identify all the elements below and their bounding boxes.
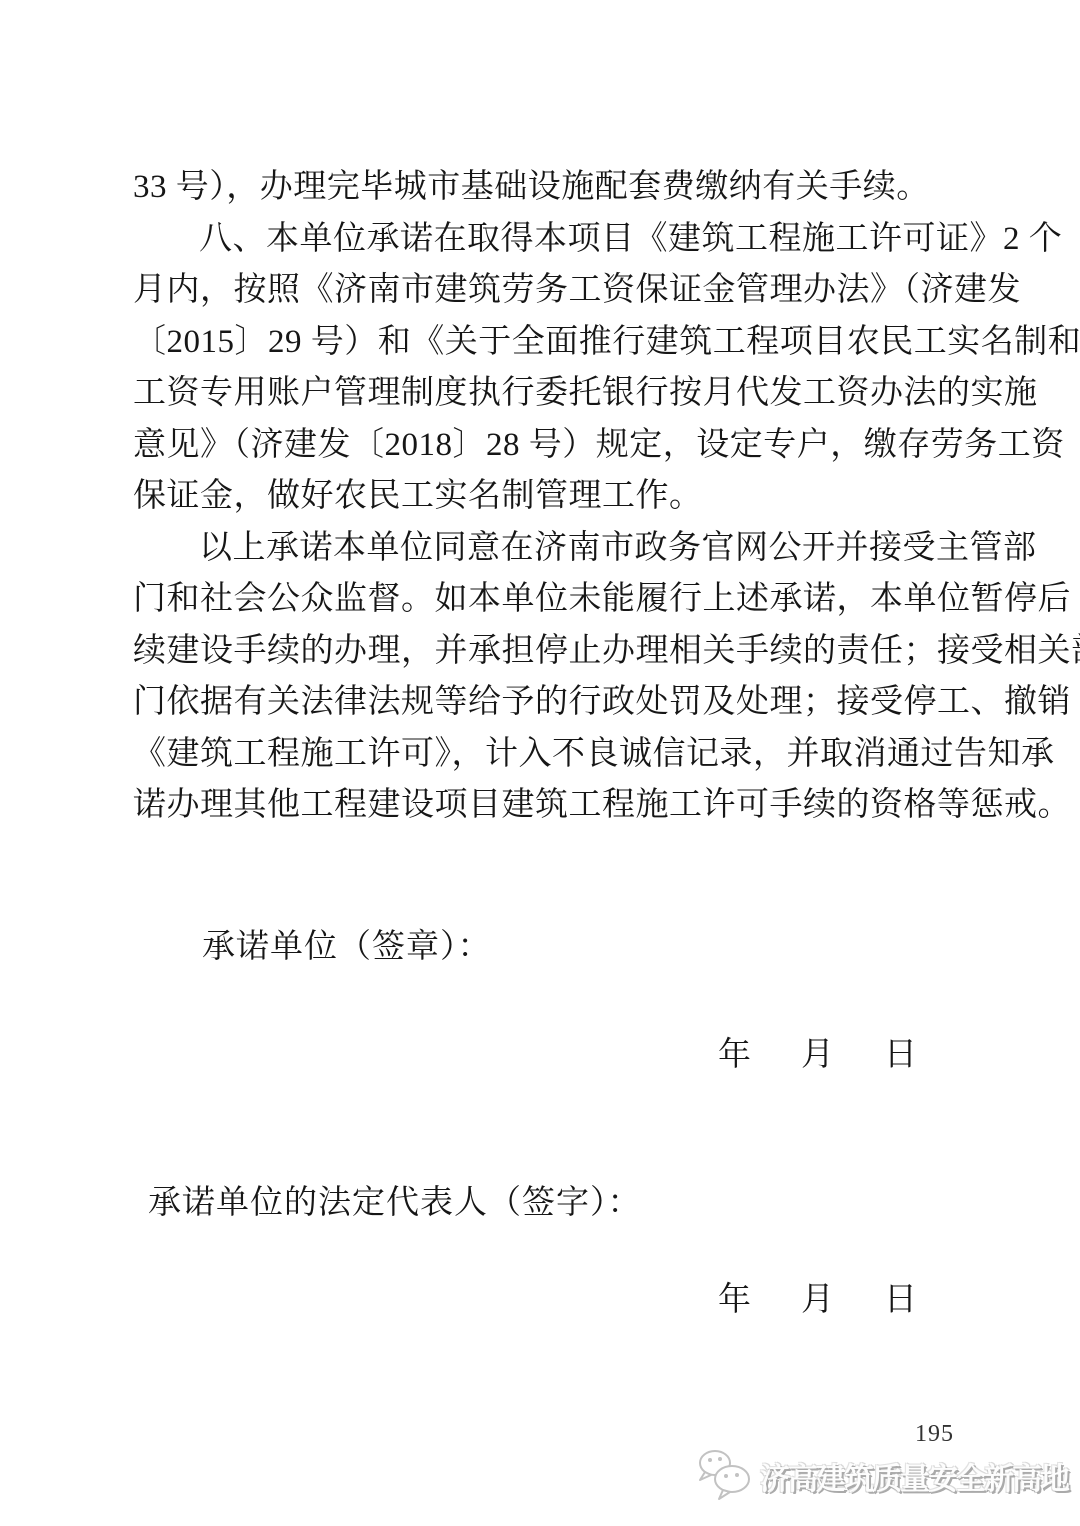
paragraph-line: 门依据有关法律法规等给予的行政处罚及处理；接受停工、撤销 (133, 677, 993, 729)
document-page: 33 号），办理完毕城市基础设施配套费缴纳有关手续。 八、本单位承诺在取得本项目… (0, 0, 1080, 1526)
watermark-text: 济高建筑质量安全新高地 (760, 1454, 1068, 1498)
paragraph-line: 诺办理其他工程建设项目建筑工程施工许可手续的资格等惩戒。 (133, 780, 993, 832)
page-number: 195 (915, 1421, 954, 1448)
watermark: 济高建筑质量安全新高地 (696, 1448, 1068, 1504)
paragraph-line: 月内，按照《济南市建筑劳务工资保证金管理办法》（济建发 (133, 265, 993, 317)
paragraph-line: 以上承诺本单位同意在济南市政务官网公开并接受主管部 (133, 523, 993, 575)
body-text: 33 号），办理完毕城市基础设施配套费缴纳有关手续。 八、本单位承诺在取得本项目… (133, 162, 993, 832)
paragraph-line: 《建筑工程施工许可》，计入不良诚信记录，并取消通过告知承 (133, 729, 993, 781)
year-label: 年 (718, 1038, 751, 1073)
paragraph-line: 八、本单位承诺在取得本项目《建筑工程施工许可证》2 个 (133, 214, 993, 266)
date-line: 年 月 日 (718, 1038, 917, 1073)
paragraph-line: 保证金，做好农民工实名制管理工作。 (133, 471, 993, 523)
day-label: 日 (884, 1038, 917, 1073)
paragraph-line: 33 号），办理完毕城市基础设施配套费缴纳有关手续。 (133, 162, 993, 214)
paragraph-line: 门和社会公众监督。如本单位未能履行上述承诺，本单位暂停后 (133, 574, 993, 626)
signature-legal-rep-label: 承诺单位的法定代表人（签字）： (148, 1186, 642, 1221)
day-label: 日 (884, 1283, 917, 1318)
wechat-icon (696, 1448, 754, 1504)
paragraph-line: 工资专用账户管理制度执行委托银行按月代发工资办法的实施 (133, 368, 993, 420)
date-line: 年 月 日 (718, 1283, 917, 1318)
month-label: 月 (801, 1283, 834, 1318)
signature-unit-label: 承诺单位（签章）： (202, 930, 492, 965)
year-label: 年 (718, 1283, 751, 1318)
month-label: 月 (801, 1038, 834, 1073)
paragraph-line: 意见》（济建发〔2018〕28 号）规定，设定专户，缴存劳务工资 (133, 420, 993, 472)
paragraph-line: 〔2015〕29 号）和《关于全面推行建筑工程项目农民工实名制和 (133, 317, 993, 369)
paragraph-line: 续建设手续的办理，并承担停止办理相关手续的责任；接受相关部 (133, 626, 993, 678)
